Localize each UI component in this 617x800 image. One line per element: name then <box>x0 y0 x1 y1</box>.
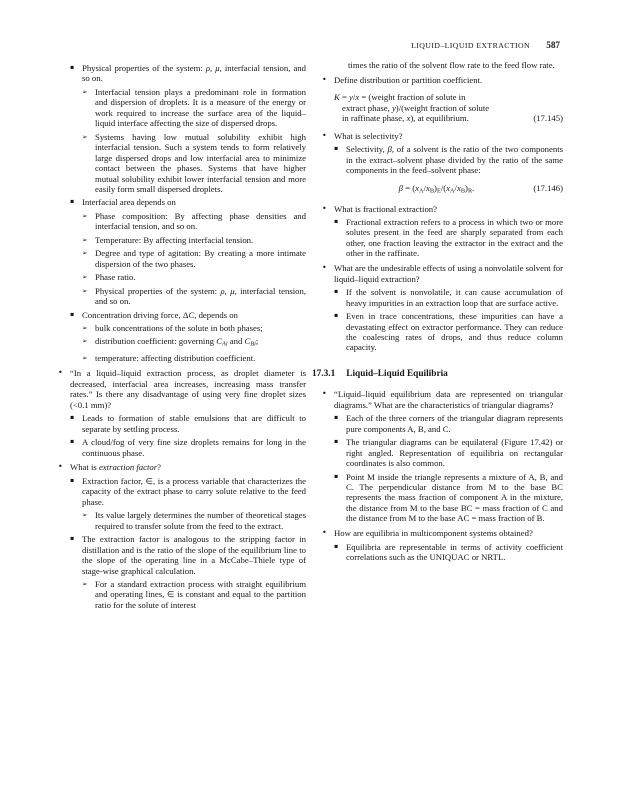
list-item: •“Liquid–liquid equilibrium data are rep… <box>312 389 563 410</box>
list-item-text: “Liquid–liquid equilibrium data are repr… <box>312 389 563 410</box>
list-item-text: The extraction factor is analogous to th… <box>58 534 306 576</box>
list-item: •“In a liquid–liquid extraction process,… <box>58 368 306 410</box>
equation-line: extract phase, y)/(weight fraction of so… <box>312 103 563 113</box>
list-item: ▪Extraction factor, ∈, is a process vari… <box>58 476 306 507</box>
bullet-marker: • <box>322 263 327 273</box>
list-item-text: What is fractional extraction? <box>312 204 563 214</box>
bullet-marker: • <box>58 462 63 472</box>
right-column: times the ratio of the solvent flow rate… <box>312 60 563 610</box>
bullet-marker: ▪ <box>334 472 338 482</box>
list-item-text: What is extraction factor? <box>58 462 306 472</box>
list-item-text: Selectivity, β, of a solvent is the rati… <box>312 144 563 175</box>
bullet-marker: ▪ <box>334 287 338 297</box>
list-item-text: Concentration driving force, ΔC, depends… <box>58 310 306 320</box>
list-item-text: temperature: affecting distribution coef… <box>58 353 306 363</box>
list-item-text: What is selectivity? <box>312 131 563 141</box>
list-item-text: If the solvent is nonvolatile, it can ca… <box>312 287 563 308</box>
bullet-marker: ▪ <box>70 476 74 486</box>
equation-number: (17.145) <box>533 113 563 123</box>
section-heading: 17.3.1Liquid–Liquid Equilibria <box>312 369 563 379</box>
bullet-marker: ➢ <box>82 336 88 346</box>
equation-line: in raffinate phase, x), at equilibrium.(… <box>312 113 563 123</box>
two-column-body: ▪Physical properties of the system: ρ, μ… <box>58 60 563 610</box>
list-item: ➢Systems having low mutual solubility ex… <box>58 132 306 195</box>
list-item-text: Systems having low mutual solubility exh… <box>58 132 306 195</box>
bullet-marker: ➢ <box>82 579 88 589</box>
list-item: ➢Its value largely determines the number… <box>58 510 306 531</box>
list-item-text: bulk concentrations of the solute in bot… <box>58 323 306 333</box>
bullet-marker: ▪ <box>70 534 74 544</box>
list-item: ▪Fractional extraction refers to a proce… <box>312 217 563 259</box>
list-item: ▪A cloud/fog of very fine size droplets … <box>58 437 306 458</box>
list-item: ▪Leads to formation of stable emulsions … <box>58 413 306 434</box>
bullet-marker: ➢ <box>82 211 88 221</box>
bullet-marker: ▪ <box>334 144 338 154</box>
list-item-text: Its value largely determines the number … <box>58 510 306 531</box>
list-item: •What is selectivity? <box>312 131 563 141</box>
list-item-text: A cloud/fog of very fine size droplets r… <box>58 437 306 458</box>
list-item: ➢Phase ratio. <box>58 272 306 282</box>
list-item: ➢Temperature: By affecting interfacial t… <box>58 235 306 245</box>
equation-line: K = y/x = (weight fraction of solute in <box>312 92 563 102</box>
bullet-marker: ▪ <box>70 197 74 207</box>
list-item-text: Extraction factor, ∈, is a process varia… <box>58 476 306 507</box>
bullet-marker: • <box>58 368 63 378</box>
list-item-text: Point M inside the triangle represents a… <box>312 472 563 524</box>
list-item-text: The triangular diagrams can be equilater… <box>312 437 563 468</box>
equation-line: β = (xA/xB)E/(xA/xB)R.(17.146) <box>312 183 563 197</box>
bullet-marker: • <box>322 389 327 399</box>
running-head: LIQUID–LIQUID EXTRACTION <box>411 41 530 50</box>
list-item: ▪Each of the three corners of the triang… <box>312 413 563 434</box>
list-item-text: distribution coefficient: governing CAi … <box>58 336 306 350</box>
list-item: ➢temperature: affecting distribution coe… <box>58 353 306 363</box>
bullet-marker: ▪ <box>70 310 74 320</box>
bullet-marker: ➢ <box>82 353 88 363</box>
bullet-marker: ▪ <box>334 413 338 423</box>
bullet-marker: • <box>322 528 327 538</box>
bullet-marker: • <box>322 204 327 214</box>
list-item-text: Leads to formation of stable emulsions t… <box>58 413 306 434</box>
list-item: •What is extraction factor? <box>58 462 306 472</box>
book-page: LIQUID–LIQUID EXTRACTION 587 ▪Physical p… <box>0 0 617 800</box>
page-number: 587 <box>546 40 560 50</box>
section-number: 17.3.1 <box>312 369 335 379</box>
list-item-text: “In a liquid–liquid extraction process, … <box>58 368 306 410</box>
bullet-marker: ➢ <box>82 286 88 296</box>
list-item: ➢distribution coefficient: governing CAi… <box>58 336 306 350</box>
list-item-text: Even in trace concentrations, these impu… <box>312 311 563 353</box>
list-item: •How are equilibria in multicomponent sy… <box>312 528 563 538</box>
list-item-text: Degree and type of agitation: By creatin… <box>58 248 306 269</box>
bullet-marker: ▪ <box>70 437 74 447</box>
left-column: ▪Physical properties of the system: ρ, μ… <box>58 60 306 610</box>
list-item-text: Temperature: By affecting interfacial te… <box>58 235 306 245</box>
list-item: •Define distribution or partition coeffi… <box>312 75 563 85</box>
list-item-text: Interfacial area depends on <box>58 197 306 207</box>
list-item: •What is fractional extraction? <box>312 204 563 214</box>
list-item: ➢Degree and type of agitation: By creati… <box>58 248 306 269</box>
list-item-text: Equilibria are representable in terms of… <box>312 542 563 563</box>
list-item-text: Phase composition: By affecting phase de… <box>58 211 306 232</box>
bullet-marker: ➢ <box>82 235 88 245</box>
bullet-marker: • <box>322 75 327 85</box>
bullet-marker: ▪ <box>70 413 74 423</box>
list-item: ▪Physical properties of the system: ρ, μ… <box>58 63 306 84</box>
list-item: ▪The triangular diagrams can be equilate… <box>312 437 563 468</box>
bullet-marker: ▪ <box>334 217 338 227</box>
list-item-text: Fractional extraction refers to a proces… <box>312 217 563 259</box>
bullet-marker: ▪ <box>334 311 338 321</box>
list-item-text: How are equilibria in multicomponent sys… <box>312 528 563 538</box>
bullet-marker: ➢ <box>82 323 88 333</box>
bullet-marker: ➢ <box>82 510 88 520</box>
list-item-text: What are the undesirable effects of usin… <box>312 263 563 284</box>
list-item: ➢For a standard extraction process with … <box>58 579 306 610</box>
list-item: ▪Interfacial area depends on <box>58 197 306 207</box>
bullet-marker: ➢ <box>82 132 88 142</box>
list-item-text: For a standard extraction process with s… <box>58 579 306 610</box>
bullet-marker: ➢ <box>82 87 88 97</box>
list-item-text: Physical properties of the system: ρ, μ,… <box>58 63 306 84</box>
list-item-text: Define distribution or partition coeffic… <box>312 75 563 85</box>
list-item: ▪Selectivity, β, of a solvent is the rat… <box>312 144 563 175</box>
list-item: ▪Point M inside the triangle represents … <box>312 472 563 524</box>
equation: K = y/x = (weight fraction of solute ine… <box>312 92 563 123</box>
list-item: ▪The extraction factor is analogous to t… <box>58 534 306 576</box>
bullet-marker: ➢ <box>82 248 88 258</box>
list-item: ▪If the solvent is nonvolatile, it can c… <box>312 287 563 308</box>
bullet-marker: ➢ <box>82 272 88 282</box>
bullet-marker: • <box>322 131 327 141</box>
list-item-text: Physical properties of the system: ρ, μ,… <box>58 286 306 307</box>
list-item: ▪Concentration driving force, ΔC, depend… <box>58 310 306 320</box>
bullet-marker: ▪ <box>70 63 74 73</box>
bullet-marker: ▪ <box>334 437 338 447</box>
list-item: ➢bulk concentrations of the solute in bo… <box>58 323 306 333</box>
list-item: ➢Physical properties of the system: ρ, μ… <box>58 286 306 307</box>
list-item: ➢Phase composition: By affecting phase d… <box>58 211 306 232</box>
paragraph-continuation: times the ratio of the solvent flow rate… <box>312 60 563 70</box>
page-header: LIQUID–LIQUID EXTRACTION 587 <box>58 40 560 51</box>
list-item-text: Each of the three corners of the triangu… <box>312 413 563 434</box>
equation: β = (xA/xB)E/(xA/xB)R.(17.146) <box>312 183 563 197</box>
bullet-marker: ▪ <box>334 542 338 552</box>
list-item: ▪Even in trace concentrations, these imp… <box>312 311 563 353</box>
list-item: ▪Equilibria are representable in terms o… <box>312 542 563 563</box>
list-item-text: Phase ratio. <box>58 272 306 282</box>
list-item-text: Interfacial tension plays a predominant … <box>58 87 306 129</box>
section-title: Liquid–Liquid Equilibria <box>346 369 448 379</box>
list-item: ➢Interfacial tension plays a predominant… <box>58 87 306 129</box>
list-item: •What are the undesirable effects of usi… <box>312 263 563 284</box>
equation-number: (17.146) <box>533 183 563 193</box>
